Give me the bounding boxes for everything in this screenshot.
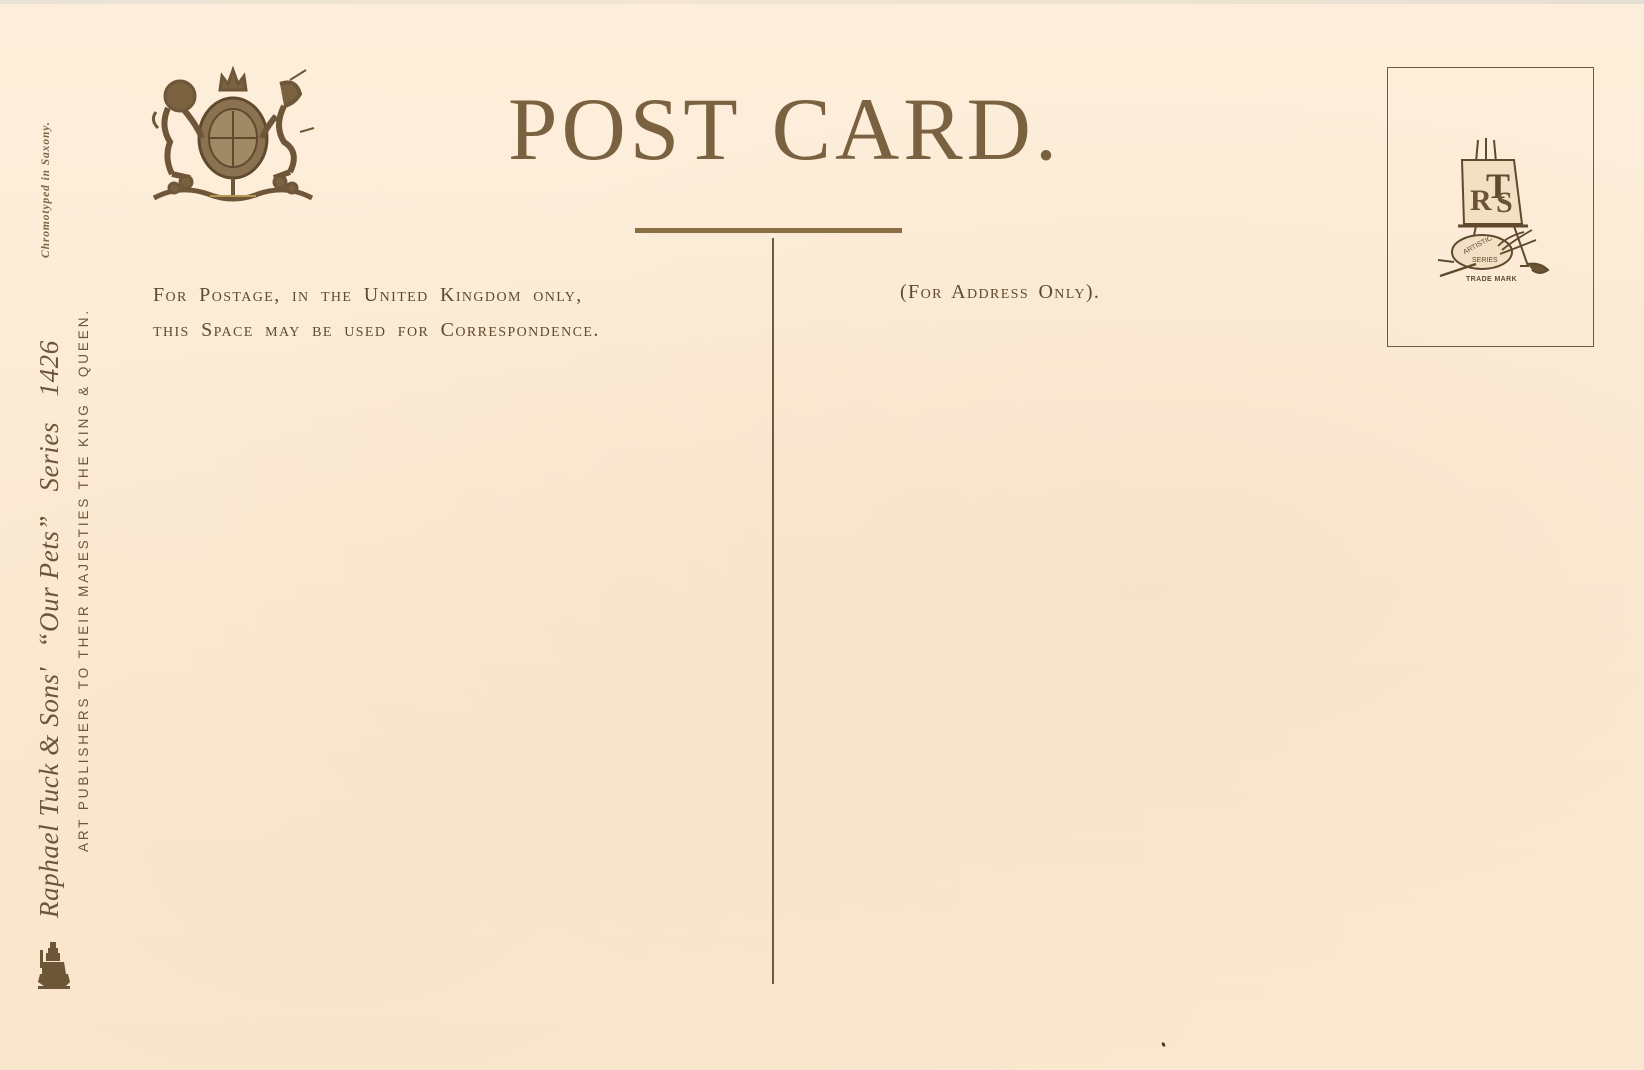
series-name: “Our Pets”: [34, 515, 64, 648]
svg-text:SERIES: SERIES: [1472, 257, 1498, 264]
correspondence-note-line-2: this Space may be used for Correspondenc…: [153, 320, 600, 340]
printed-in-note: Chromotyped in Saxony.: [40, 121, 52, 258]
correspondence-note-line-1: For Postage, in the United Kingdom only,: [153, 285, 583, 305]
royal-coat-of-arms-icon: [150, 66, 316, 208]
trademark-caption: TRADE MARK: [1466, 276, 1517, 283]
postcard-title: POSTCARD.: [508, 86, 1061, 175]
royal-warrant-line: ART PUBLISHERS TO THEIR MAJESTIES THE KI…: [76, 308, 91, 852]
title-word-post: POST: [508, 81, 742, 179]
series-number: 1426: [34, 340, 64, 396]
series-label: Series: [34, 422, 64, 492]
card-top-edge: [0, 0, 1644, 4]
tuck-logo-icon: [36, 940, 72, 992]
publisher-name: Raphael Tuck & Sons': [34, 667, 64, 918]
center-divider-line: [772, 238, 774, 984]
title-word-card: CARD.: [772, 81, 1062, 179]
address-area-label: (For Address Only).: [900, 282, 1100, 302]
paper-speck: [1161, 1042, 1166, 1048]
publisher-imprint: Raphael Tuck & Sons' “Our Pets” Series 1…: [34, 340, 65, 918]
title-underline: [635, 228, 902, 233]
postcard-back: Raphael Tuck & Sons' “Our Pets” Series 1…: [0, 0, 1644, 1070]
svg-text:S: S: [1496, 186, 1513, 219]
easel-trademark-icon: R T S ARTISTIC SERIES: [1436, 136, 1554, 288]
